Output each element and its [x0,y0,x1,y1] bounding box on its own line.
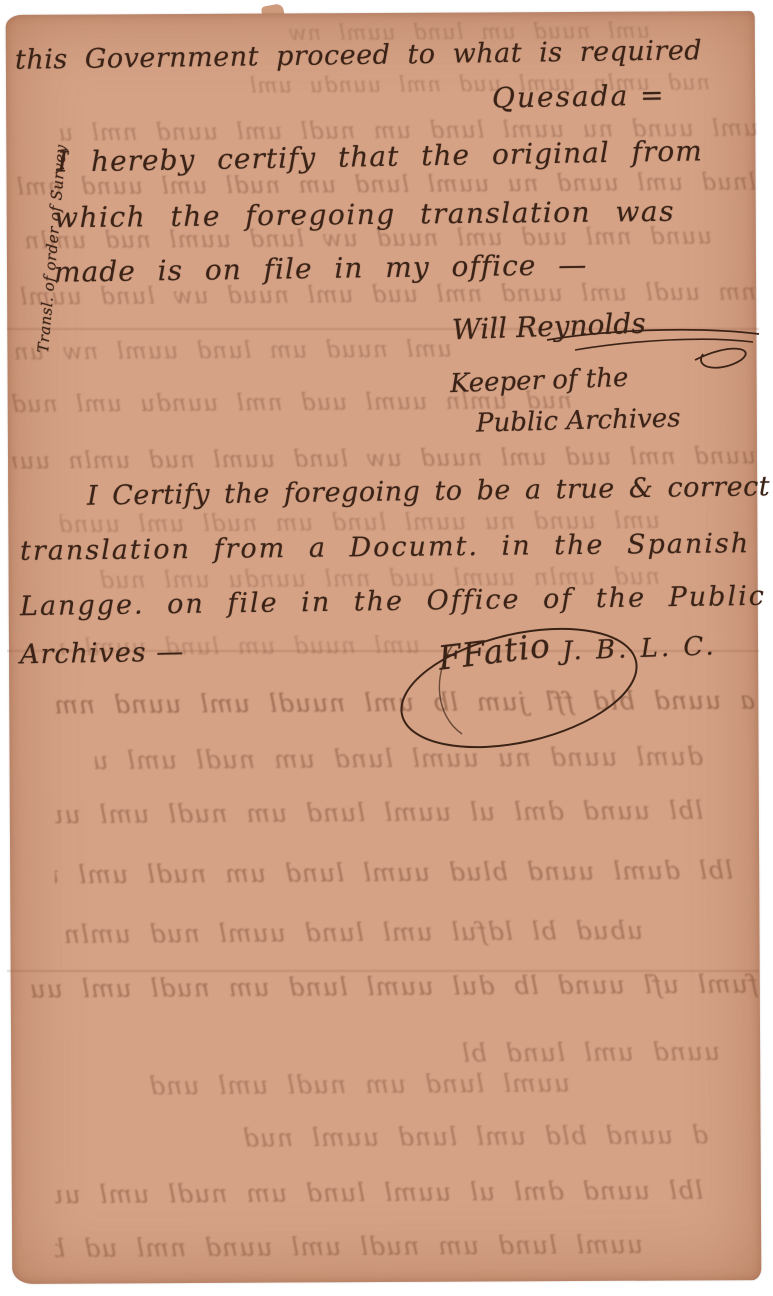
scanned-document-page: uml nuud um lund uuml nw und nud umln uu… [0,0,773,1296]
attribution-quesada: Quesada = [492,78,666,114]
bleedthrough-line: lbl uund dml ul uuml lund um nudl uml uu… [55,796,703,830]
bleedthrough-line: uml nuud um lund uuml nw undl uml uund [12,336,452,365]
bleedthrough-line: uund nml uud uml nuud uw lund uuml nud u… [12,443,756,474]
signature-suffix-initials: J. B. L. C. [562,631,718,666]
bleedthrough-line: d uund bld uml lund uuml nud bl [230,1120,708,1152]
bleedthrough-line: lbl uund dml ul uuml lund um nudl uml uu… [55,1176,703,1210]
bleedthrough-line: uund uml lund bl [420,1037,720,1068]
signature-title-line: Keeper of the [450,363,629,399]
bleedthrough-line: uuml lund um nudl uml und [150,1069,570,1101]
bleedthrough-line: lbl duml uund blud uuml lund um nudl uml… [55,856,733,890]
bleedthrough-line: uuml lund um nudl uml uund nml ud bl und [55,1230,643,1263]
bleedthrough-line: ubud bl ldful uml lund uuml nud umln uud [55,916,643,949]
certification2-line: Archives — [20,637,185,671]
signature-title-line: Public Archives [476,403,681,438]
bleedthrough-line: fuml ufl uund lb dul uuml lund um nudl u… [30,969,758,1003]
certification1-line: which the foregoing translation was [54,195,675,235]
